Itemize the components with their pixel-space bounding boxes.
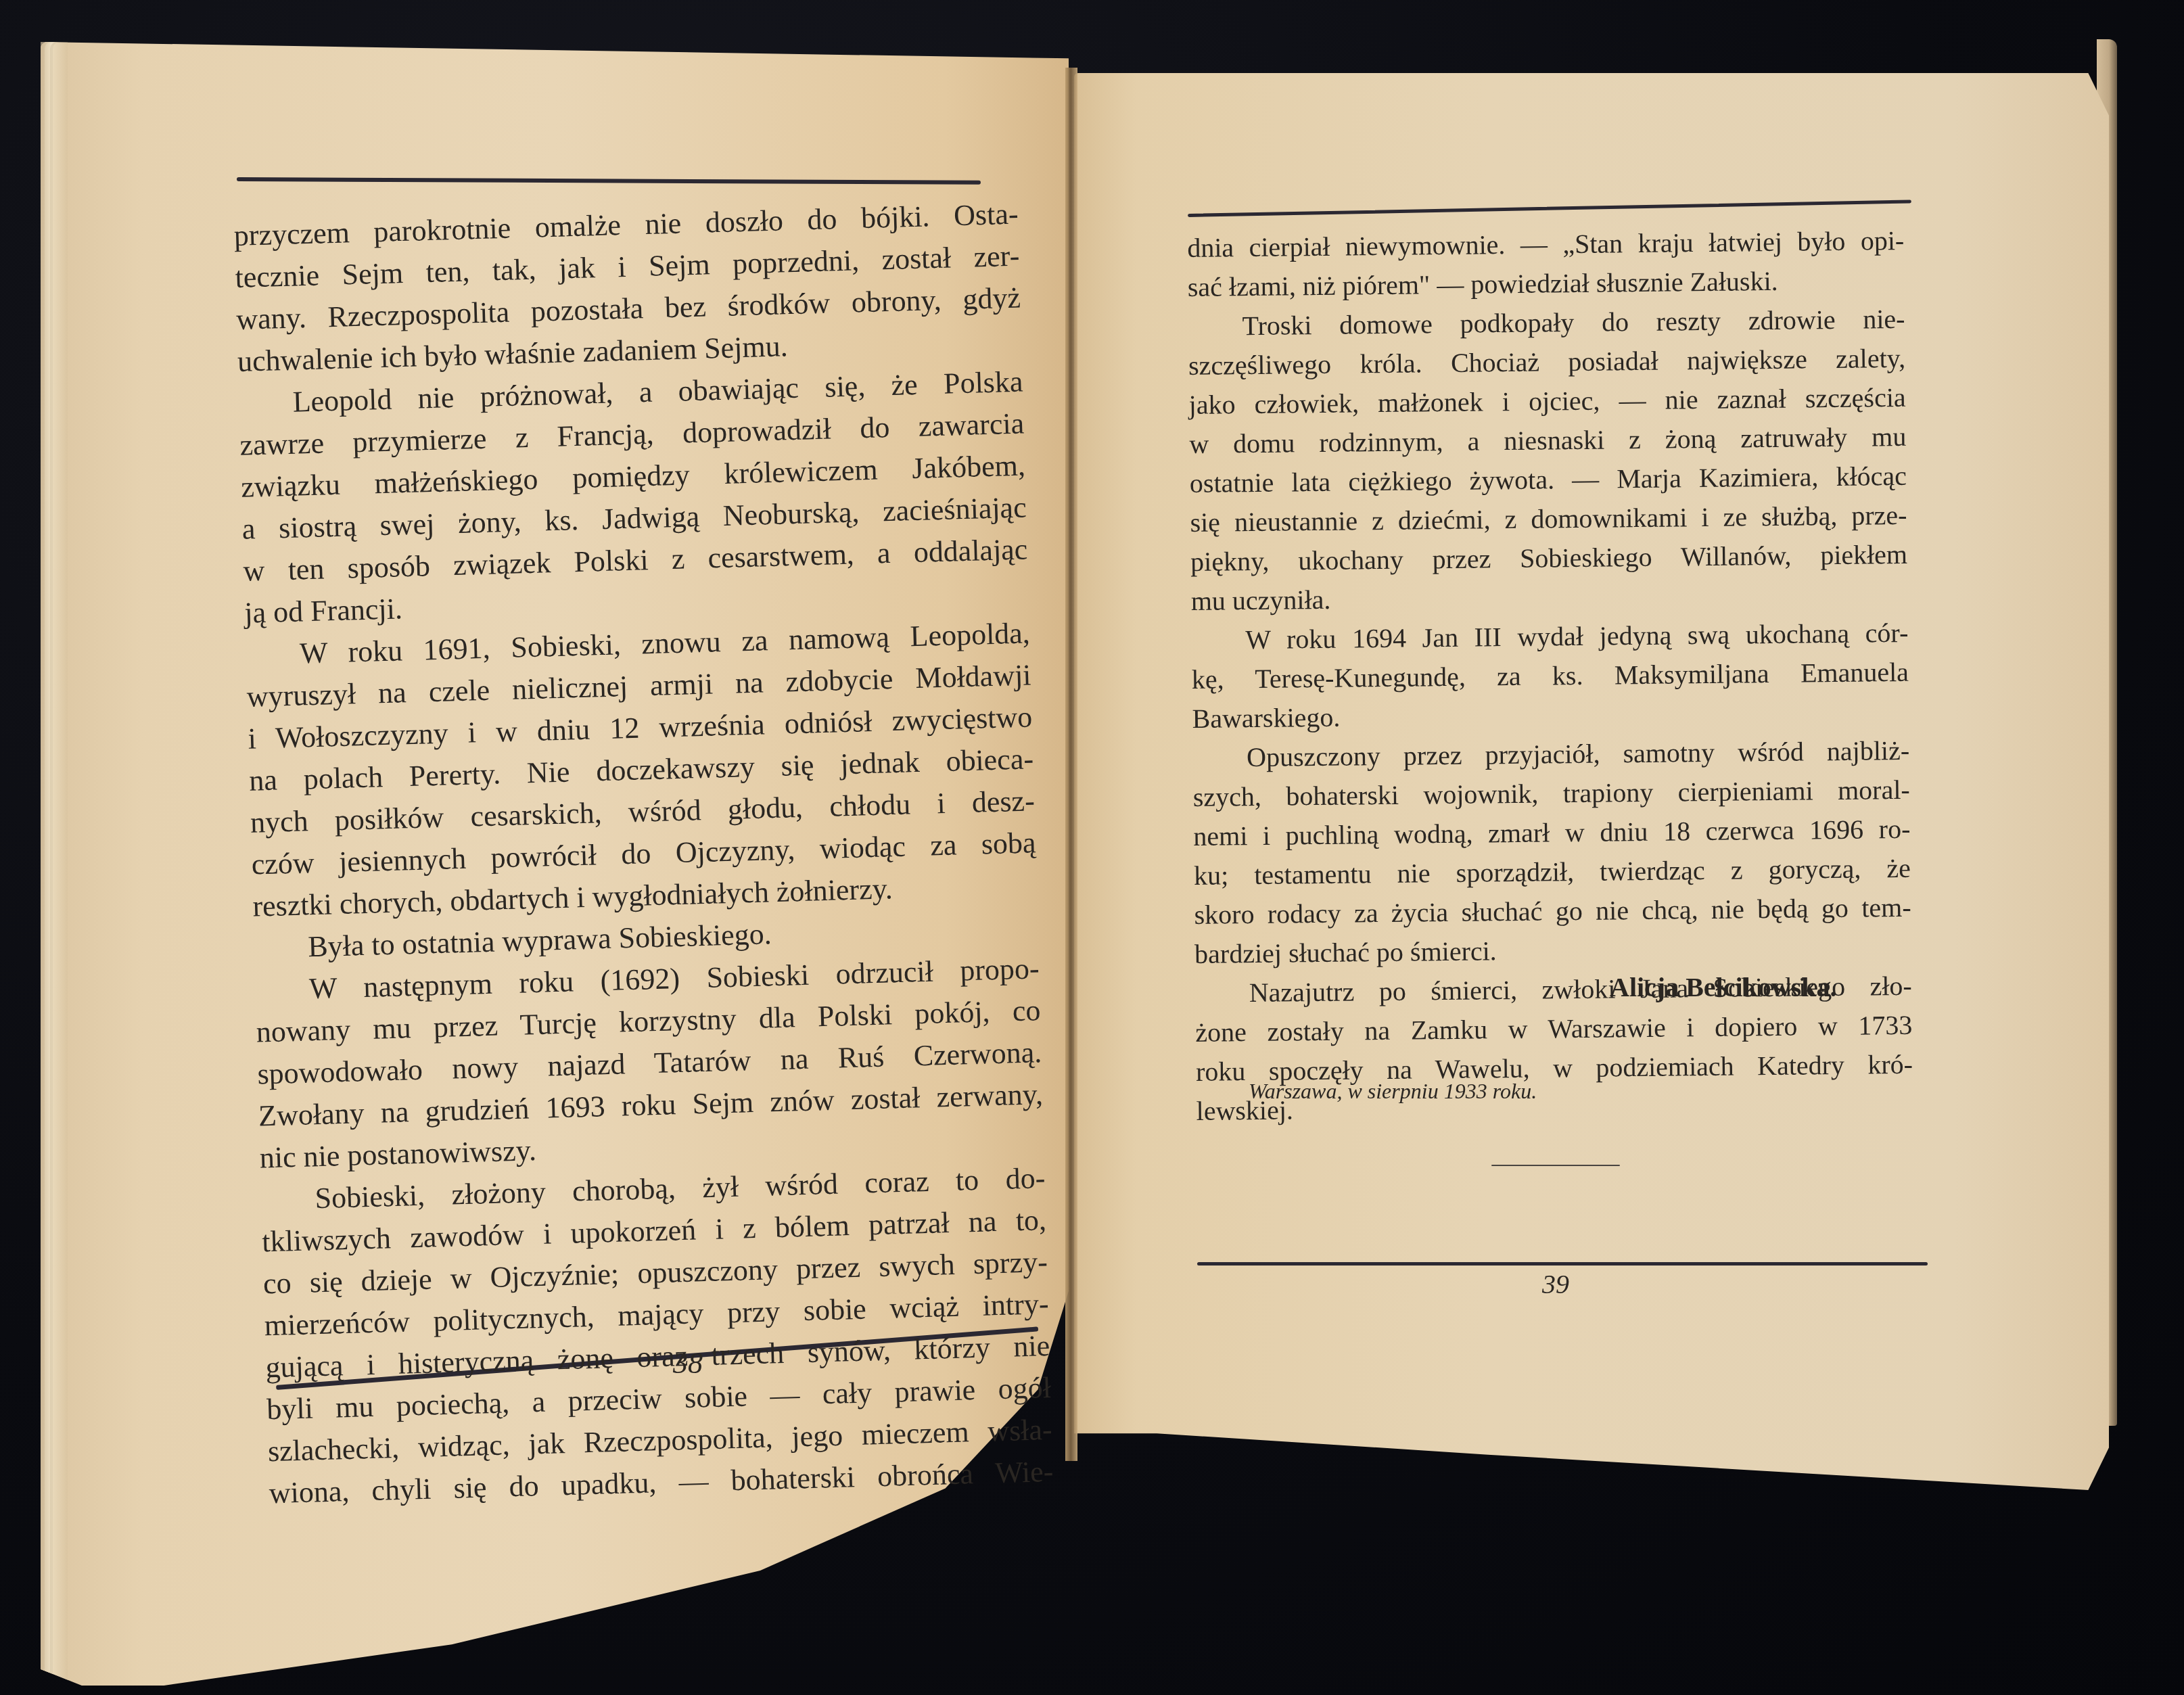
dateline: Warszawa, w sierpniu 1933 roku. — [1249, 1079, 1537, 1104]
page-number-right: 39 — [1542, 1268, 1569, 1300]
author-signature: Alicja Bełcikowska. — [1610, 971, 1837, 1003]
text-line: piękny, ukochany przez Sobieskiego Willa… — [1190, 535, 1908, 582]
text-line: skoro rodacy za życia słuchać go nie chc… — [1194, 888, 1911, 935]
page-number-left: 38 — [673, 1346, 703, 1380]
left-page-body: przyczem parokrotnie omalże nie doszło d… — [233, 193, 1054, 1515]
footer-rule-right — [1197, 1262, 1928, 1266]
book-spine-gutter — [1065, 68, 1077, 1461]
page-stack-edge — [41, 42, 68, 1686]
text-line: dnia cierpiał niewymownie. — „Stan kraju… — [1187, 221, 1905, 268]
text-line: kę, Teresę-Kunegundę, za ks. Maksymiljan… — [1192, 653, 1909, 699]
end-separator-rule — [1491, 1165, 1620, 1166]
